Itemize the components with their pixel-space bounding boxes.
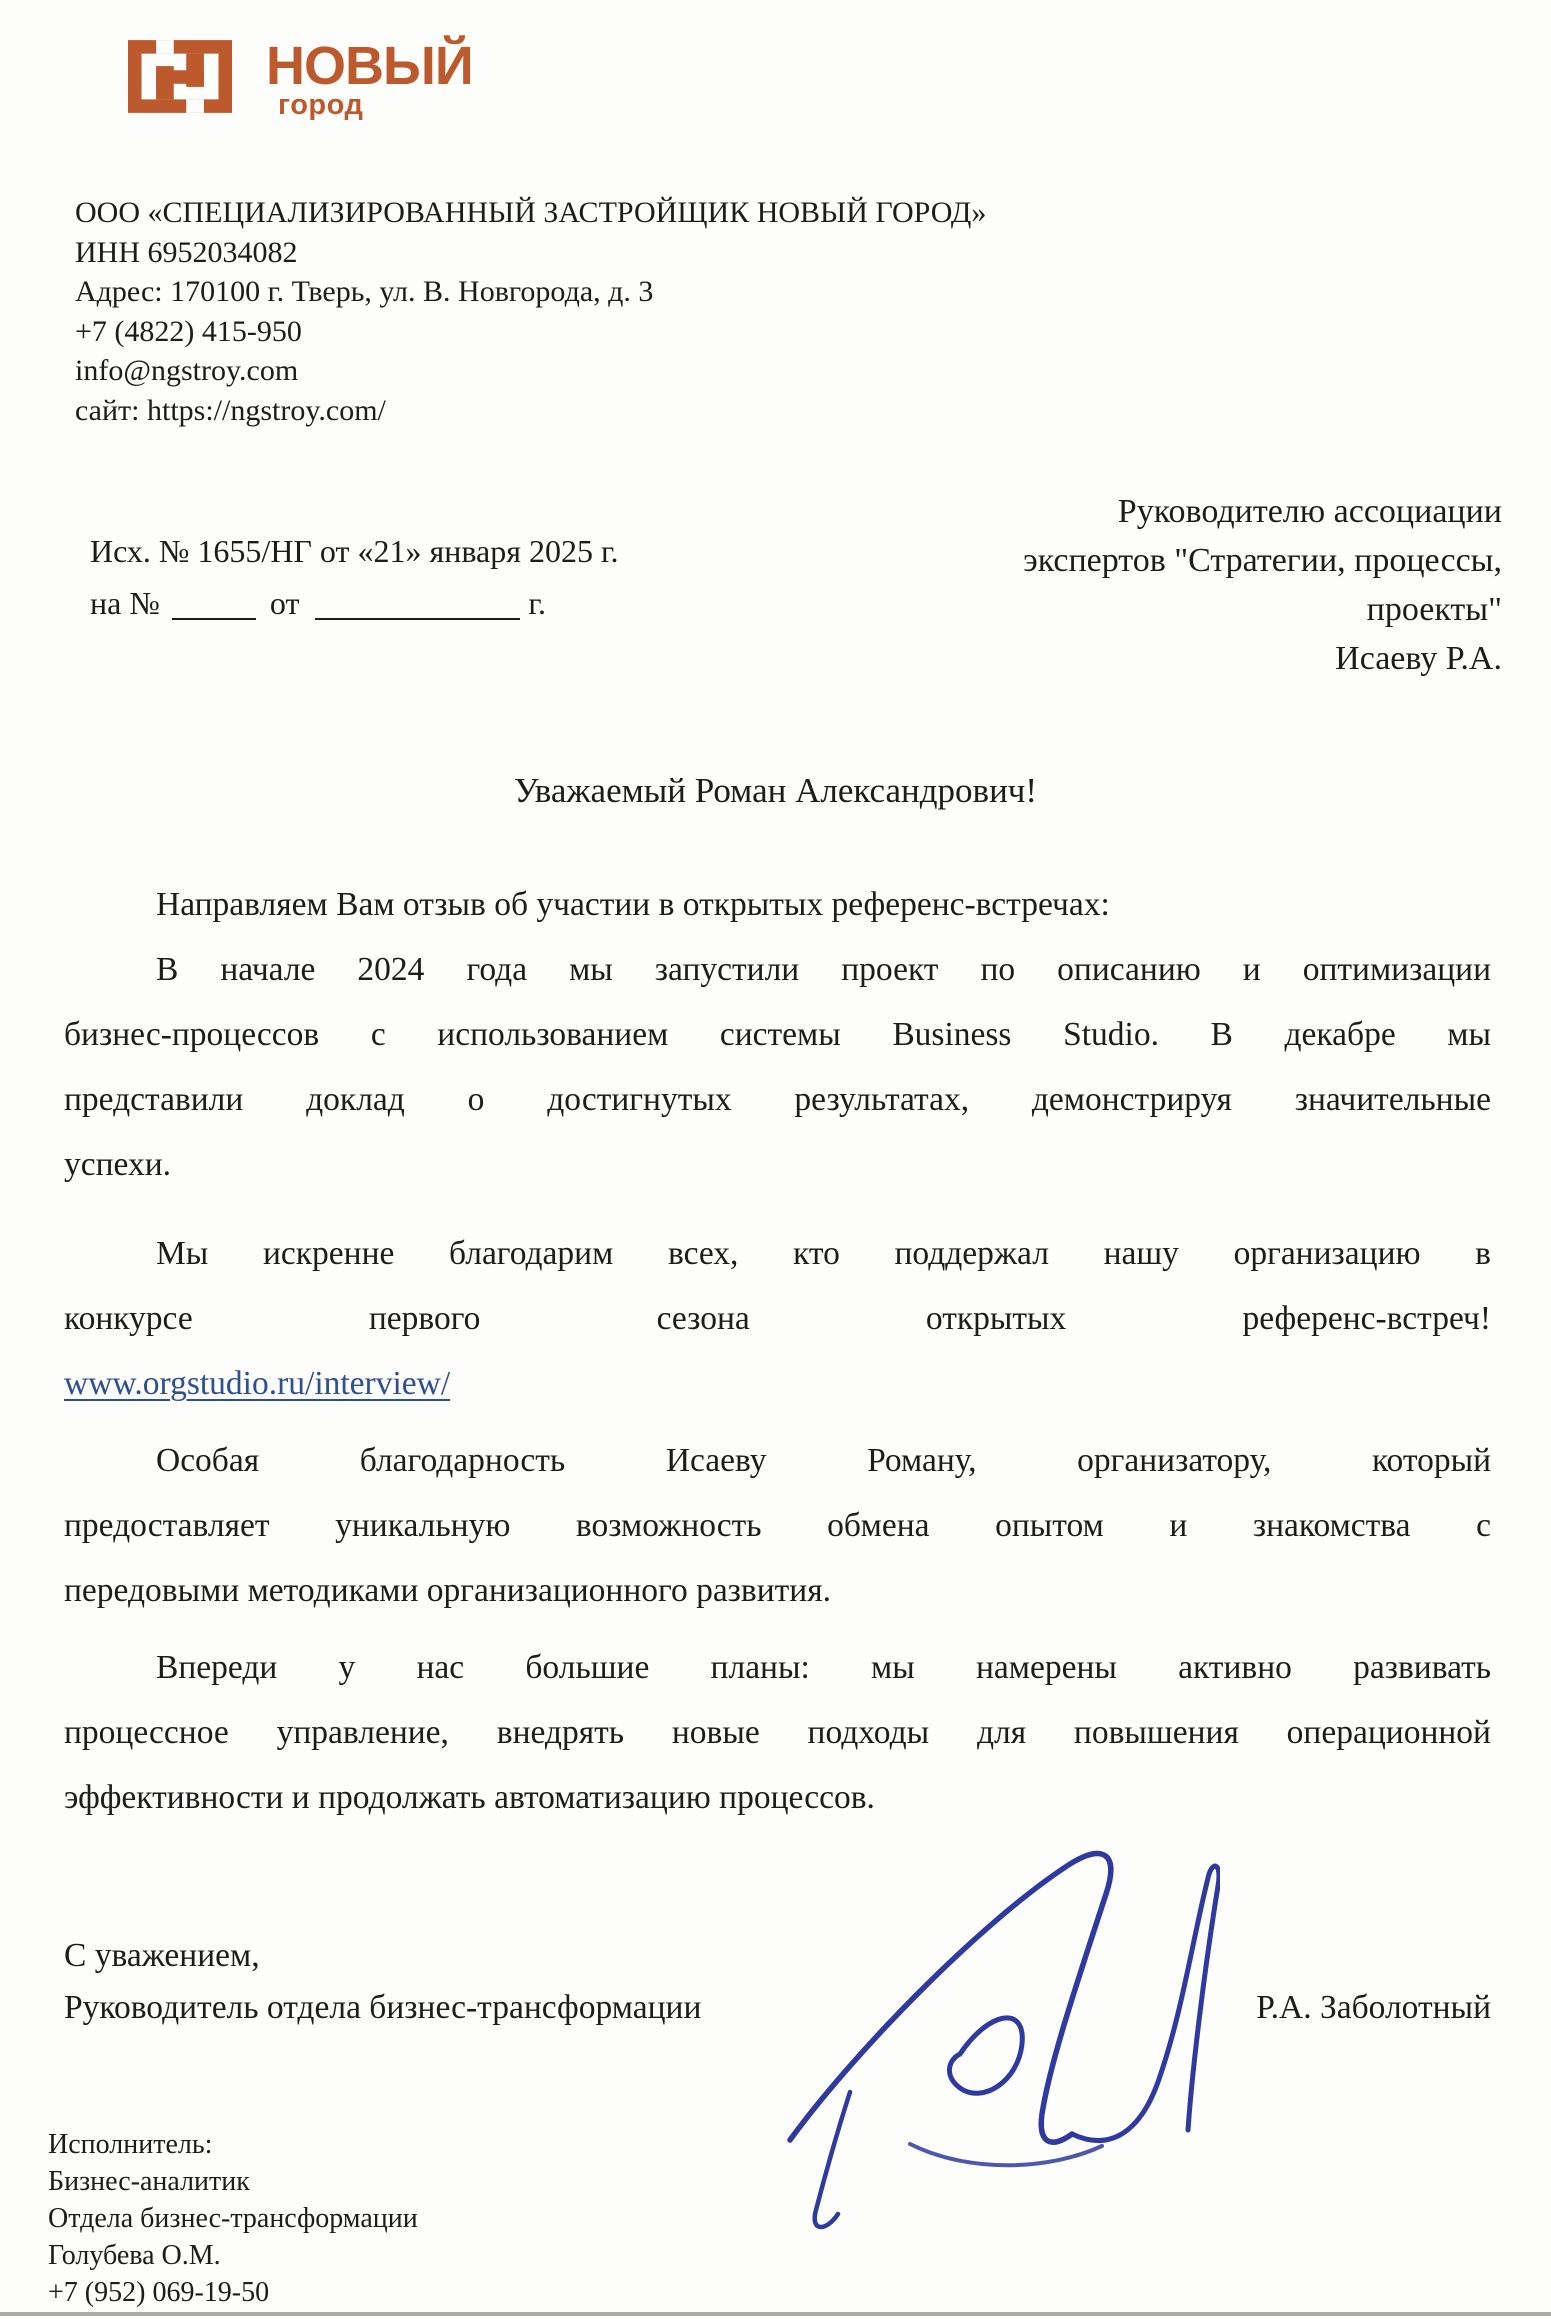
reply-ref-line: на №отг.: [90, 577, 618, 629]
executor-block: Исполнитель: Бизнес-аналитик Отдела бизн…: [48, 2126, 418, 2311]
reply-ref-middle: от: [270, 585, 300, 621]
body-line: процессное управление, внедрять новые по…: [64, 1700, 1491, 1765]
recipient-line: Руководителю ассоциации: [1023, 487, 1502, 536]
outgoing-ref-line: Исх. № 1655/НГ от «21» января 2025 г.: [90, 525, 618, 577]
body-line: представили доклад о достигнутых результ…: [64, 1067, 1491, 1132]
executor-name: Голубева О.М.: [48, 2237, 418, 2274]
salutation: Уважаемый Роман Александрович!: [0, 771, 1551, 811]
logo-subtitle: город: [278, 90, 473, 120]
scan-bottom-edge: [0, 2312, 1551, 2316]
body-line: В начале 2024 года мы запустили проект п…: [64, 937, 1491, 1002]
reply-ref-suffix: г.: [528, 585, 546, 621]
letter-body: Направляем Вам отзыв об участии в открыт…: [64, 872, 1491, 1830]
sender-company-name: ООО «СПЕЦИАЛИЗИРОВАННЫЙ ЗАСТРОЙЩИК НОВЫЙ…: [75, 193, 986, 233]
executor-phone: +7 (952) 069-19-50: [48, 2274, 418, 2311]
closing-row: Руководитель отдела бизнес-трансформации…: [64, 1989, 1491, 2027]
body-line: эффективности и продолжать автоматизацию…: [64, 1765, 1491, 1830]
reply-date-blank: [315, 586, 520, 620]
logo-wordmark: НОВЫЙ город: [266, 40, 473, 120]
body-line: конкурсе первого сезона открытых референ…: [64, 1286, 1491, 1351]
body-line: Мы искренне благодарим всех, кто поддерж…: [64, 1221, 1491, 1286]
outgoing-ref-block: Исх. № 1655/НГ от «21» января 2025 г. на…: [90, 525, 618, 629]
sender-requisites: ООО «СПЕЦИАЛИЗИРОВАННЫЙ ЗАСТРОЙЩИК НОВЫЙ…: [75, 193, 986, 430]
recipient-name: Исаеву Р.А.: [1023, 634, 1502, 683]
executor-department: Отдела бизнес-трансформации: [48, 2200, 418, 2237]
body-line: бизнес-процессов с использованием систем…: [64, 1002, 1491, 1067]
executor-role: Бизнес-аналитик: [48, 2163, 418, 2200]
signer-position: Руководитель отдела бизнес-трансформации: [64, 1989, 701, 2027]
body-line: Направляем Вам отзыв об участии в открыт…: [64, 872, 1491, 937]
executor-label: Исполнитель:: [48, 2126, 418, 2163]
company-logo: НОВЫЙ город: [128, 40, 473, 120]
novy-gorod-monogram-icon: [128, 40, 232, 113]
letter-page: НОВЫЙ город ООО «СПЕЦИАЛИЗИРОВАННЫЙ ЗАСТ…: [0, 0, 1551, 2319]
body-line: предоставляет уникальную возможность обм…: [64, 1493, 1491, 1558]
handwritten-signature-icon: [730, 1842, 1220, 2242]
body-line: Особая благодарность Исаеву Роману, орга…: [64, 1428, 1491, 1493]
sender-email: info@ngstroy.com: [75, 351, 986, 391]
sender-inn: ИНН 6952034082: [75, 233, 986, 273]
body-line: передовыми методиками организационного р…: [64, 1558, 1491, 1623]
logo-title: НОВЫЙ: [266, 40, 473, 92]
signer-name: Р.А. Заболотный: [1256, 1989, 1491, 2027]
closing-regards: С уважением,: [64, 1937, 260, 1975]
reply-ref-prefix: на №: [90, 585, 160, 621]
body-line: успехи.: [64, 1132, 1491, 1197]
sender-phone: +7 (4822) 415-950: [75, 312, 986, 352]
reference-meetings-link[interactable]: www.orgstudio.ru/interview/: [64, 1365, 450, 1402]
body-line: Впереди у нас большие планы: мы намерены…: [64, 1635, 1491, 1700]
recipient-block: Руководителю ассоциации экспертов "Страт…: [1023, 487, 1502, 683]
recipient-line: экспертов "Стратегии, процессы,: [1023, 536, 1502, 585]
reply-number-blank: [172, 586, 256, 620]
recipient-line: проекты": [1023, 585, 1502, 634]
sender-address: Адрес: 170100 г. Тверь, ул. В. Новгорода…: [75, 272, 986, 312]
sender-website: сайт: https://ngstroy.com/: [75, 391, 986, 431]
